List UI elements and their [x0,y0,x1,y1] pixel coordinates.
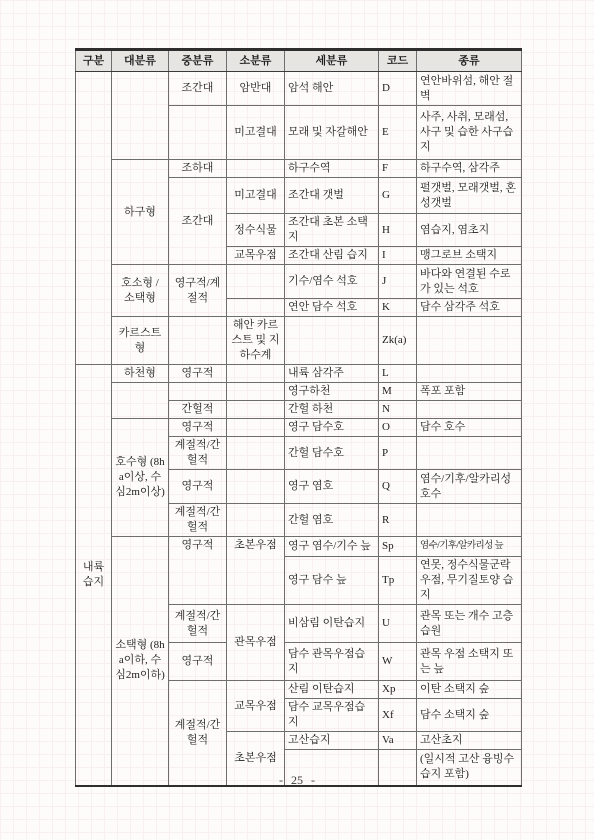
kind-cell: 고산초지 [417,732,522,750]
code-cell: O [379,419,417,437]
category-cell [76,72,112,365]
minor-class-cell: 초본우점 [227,537,285,605]
detail-class-cell: 조간대 갯벌 [285,178,379,214]
kind-cell: 담수 소택지 숲 [417,699,522,732]
kind-cell: 폭포 포함 [417,383,522,401]
minor-class-cell: 교목우점 [227,247,285,265]
major-class-cell [112,383,169,419]
code-cell: H [379,214,417,247]
minor-class-cell: 미고결대 [227,178,285,214]
kind-cell: 담수 호수 [417,419,522,437]
kind-cell: 염수/기후/알카리성 호수 [417,470,522,504]
code-cell: K [379,299,417,317]
detail-class-cell: 영구 담수 늪 [285,557,379,605]
table-row: 조간대암반대암석 해안D연안바위섬, 해안 절벽 [76,72,522,106]
code-cell: N [379,401,417,419]
table-row: 호소형 / 소택형영구적/계절적기수/염수 석호J바다와 연결된 수로가 있는 … [76,265,522,299]
table-row: 영구하천M폭포 포함 [76,383,522,401]
code-cell: Tp [379,557,417,605]
kind-cell: 관목 또는 개수 고층습원 [417,605,522,643]
minor-class-cell [227,419,285,437]
document-page: 구분대분류중분류소분류세분류코드종류 조간대암반대암석 해안D연안바위섬, 해안… [0,0,594,840]
kind-cell: 하구수역, 삼각주 [417,160,522,178]
table-row: 내륙 습지하천형영구적내륙 삼각주L [76,365,522,383]
major-class-cell: 하천형 [112,365,169,383]
minor-class-cell [227,265,285,299]
column-header: 종류 [417,50,522,72]
category-cell: 내륙 습지 [76,365,112,786]
minor-class-cell: 암반대 [227,72,285,106]
detail-class-cell: 조간대 산림 습지 [285,247,379,265]
major-class-cell: 하구형 [112,160,169,265]
code-cell: W [379,643,417,681]
detail-class-cell: 영구 염호 [285,470,379,504]
middle-class-cell: 영구적 [169,419,227,437]
code-cell: J [379,265,417,299]
detail-class-cell: 영구 담수호 [285,419,379,437]
table-header: 구분대분류중분류소분류세분류코드종류 [76,50,522,72]
kind-cell: 펄갯벌, 모래갯벌, 혼성갯벌 [417,178,522,214]
minor-class-cell [227,383,285,401]
minor-class-cell: 미고결대 [227,106,285,160]
column-header: 대분류 [112,50,169,72]
major-class-cell: 소택형 (8ha이하, 수심2m이하) [112,537,169,786]
kind-cell: 바다와 연결된 수로가 있는 석호 [417,265,522,299]
detail-class-cell [285,317,379,365]
code-cell: D [379,72,417,106]
table-container: 구분대분류중분류소분류세분류코드종류 조간대암반대암석 해안D연안바위섬, 해안… [75,48,521,787]
detail-class-cell: 연안 담수 석호 [285,299,379,317]
code-cell: G [379,178,417,214]
detail-class-cell: 산림 이탄습지 [285,681,379,699]
minor-class-cell: 정수식물 [227,214,285,247]
kind-cell: 사주, 사취, 모래섬, 사구 및 습한 사구습지 [417,106,522,160]
table-row: 하구형조하대하구수역F하구수역, 삼각주 [76,160,522,178]
detail-class-cell: 담수 관목우점습지 [285,643,379,681]
major-class-cell: 카르스트형 [112,317,169,365]
detail-class-cell: 모래 및 자갈해안 [285,106,379,160]
kind-cell [417,365,522,383]
minor-class-cell [227,470,285,504]
minor-class-cell [227,437,285,470]
minor-class-cell [227,401,285,419]
detail-class-cell: 기수/염수 석호 [285,265,379,299]
column-header: 세분류 [285,50,379,72]
middle-class-cell: 조간대 [169,72,227,106]
detail-class-cell: 간헐 하천 [285,401,379,419]
major-class-cell: 호소형 / 소택형 [112,265,169,317]
middle-class-cell [169,383,227,401]
code-cell: Zk(a) [379,317,417,365]
code-cell: U [379,605,417,643]
kind-cell [417,317,522,365]
detail-class-cell: 내륙 삼각주 [285,365,379,383]
detail-class-cell: 간헐 염호 [285,504,379,537]
detail-class-cell: 비삼림 이탄습지 [285,605,379,643]
detail-class-cell: 간헐 담수호 [285,437,379,470]
code-cell: E [379,106,417,160]
middle-class-cell: 영구적 [169,365,227,383]
kind-cell [417,504,522,537]
middle-class-cell: 조간대 [169,178,227,265]
code-cell: R [379,504,417,537]
major-class-cell [112,72,169,160]
detail-class-cell: 영구하천 [285,383,379,401]
detail-class-cell: 하구수역 [285,160,379,178]
code-cell: M [379,383,417,401]
minor-class-cell [227,160,285,178]
code-cell: Va [379,732,417,750]
kind-cell: 연못, 정수식물군락 우점, 무기질토양 습지 [417,557,522,605]
detail-class-cell: 암석 해안 [285,72,379,106]
table-row: 소택형 (8ha이하, 수심2m이하)영구적초본우점영구 염수/기수 늪Sp염수… [76,537,522,557]
column-header: 소분류 [227,50,285,72]
column-header: 중분류 [169,50,227,72]
middle-class-cell: 조하대 [169,160,227,178]
minor-class-cell: 해안 카르스트 및 지하수계 [227,317,285,365]
minor-class-cell: 관목우점 [227,605,285,681]
kind-cell: 맹그로브 소택지 [417,247,522,265]
table-row: 카르스트형해안 카르스트 및 지하수계Zk(a) [76,317,522,365]
middle-class-cell: 간헐적 [169,401,227,419]
middle-class-cell: 영구적 [169,537,227,605]
middle-class-cell [169,106,227,160]
kind-cell: 이탄 소택지 숲 [417,681,522,699]
code-cell: Sp [379,537,417,557]
middle-class-cell: 계절적/간헐적 [169,681,227,786]
kind-cell [417,437,522,470]
kind-cell: 관목 우점 소택지 또는 늪 [417,643,522,681]
table-body: 조간대암반대암석 해안D연안바위섬, 해안 절벽미고결대모래 및 자갈해안E사주… [76,72,522,786]
minor-class-cell [227,299,285,317]
minor-class-cell [227,504,285,537]
table-row: 호수형 (8ha이상, 수심2m이상)영구적영구 담수호O담수 호수 [76,419,522,437]
detail-class-cell: 조간대 초본 소택지 [285,214,379,247]
minor-class-cell: 교목우점 [227,681,285,732]
middle-class-cell: 영구적 [169,470,227,504]
detail-class-cell: 영구 염수/기수 늪 [285,537,379,557]
code-cell: Xp [379,681,417,699]
code-cell: I [379,247,417,265]
code-cell: P [379,437,417,470]
minor-class-cell [227,365,285,383]
column-header: 코드 [379,50,417,72]
kind-cell [417,401,522,419]
middle-class-cell [169,317,227,365]
detail-class-cell: 담수 교목우점습지 [285,699,379,732]
kind-cell: 담수 삼각주 석호 [417,299,522,317]
column-header: 구분 [76,50,112,72]
code-cell: F [379,160,417,178]
middle-class-cell: 계절적/간헐적 [169,437,227,470]
kind-cell: 연안바위섬, 해안 절벽 [417,72,522,106]
middle-class-cell: 영구적/계절적 [169,265,227,317]
code-cell: Q [379,470,417,504]
major-class-cell: 호수형 (8ha이상, 수심2m이상) [112,419,169,537]
middle-class-cell: 계절적/간헐적 [169,504,227,537]
kind-cell: 염습지, 염초지 [417,214,522,247]
detail-class-cell: 고산습지 [285,732,379,750]
code-cell: Xf [379,699,417,732]
wetland-classification-table: 구분대분류중분류소분류세분류코드종류 조간대암반대암석 해안D연안바위섬, 해안… [75,48,522,787]
middle-class-cell: 영구적 [169,643,227,681]
middle-class-cell: 계절적/간헐적 [169,605,227,643]
code-cell: L [379,365,417,383]
page-number: - 25 - [0,773,594,788]
kind-cell: 염수/기후/알카리성 늪 [417,537,522,557]
